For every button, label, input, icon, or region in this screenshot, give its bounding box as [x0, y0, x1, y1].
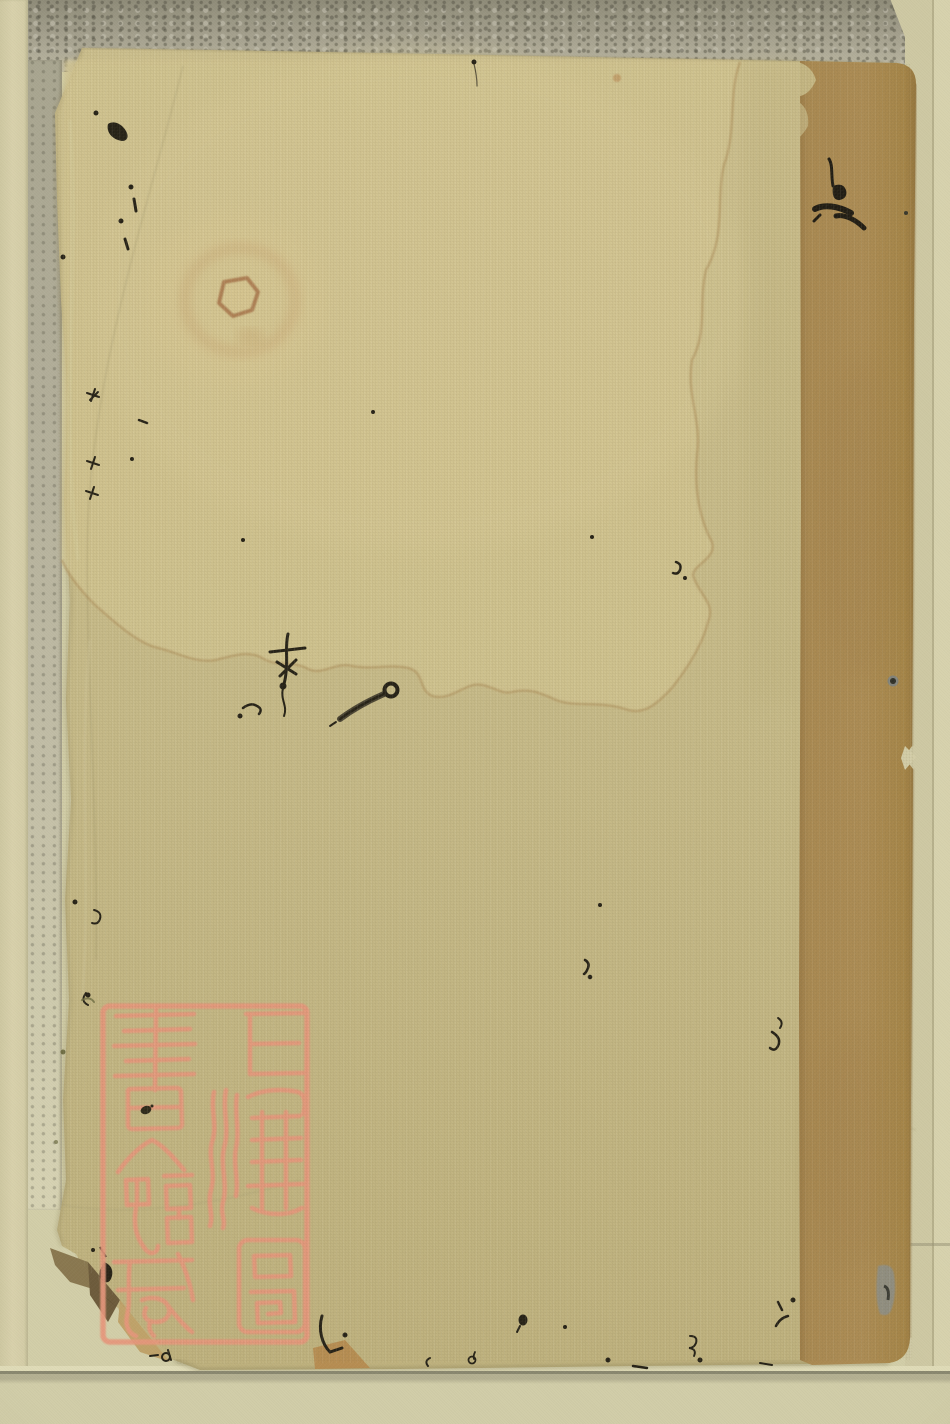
spine-strip [795, 61, 916, 1365]
wormhole [888, 676, 899, 687]
ring-stain [145, 215, 325, 385]
water-stain [62, 50, 800, 711]
book-cover-photo: 上海圖書館藏 [0, 0, 950, 1424]
book-cover-artwork [0, 0, 950, 1424]
